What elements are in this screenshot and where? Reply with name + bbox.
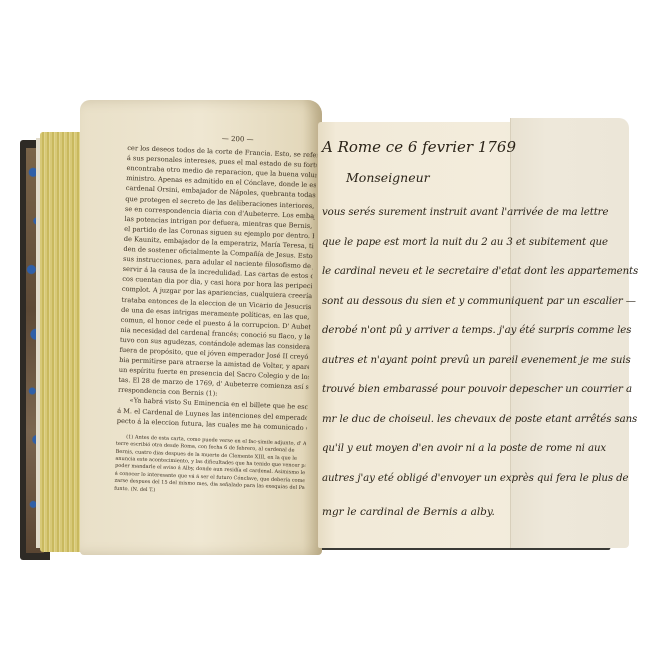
footnote: (1) Antes de esta carta, como puede vers… — [114, 433, 306, 500]
handwritten-letter: A Rome ce 6 fevrier 1769 Monseigneur vou… — [322, 138, 622, 518]
letter-closing: mgr le cardinal de Bernis a alby. — [322, 506, 622, 518]
handwritten-line: que le pape est mort la nuit du 2 au 3 e… — [322, 233, 622, 263]
letter-date-line: A Rome ce 6 fevrier 1769 — [322, 138, 622, 156]
handwritten-line: autres et n'ayant point prevû un pareil … — [322, 351, 622, 381]
printed-text: — 200 — cer los deseos todos de la corte… — [114, 130, 318, 500]
handwritten-line: le cardinal neveu et le secretaire d'eta… — [322, 262, 622, 292]
handwritten-line: derobé n'ont pû y arriver a temps. j'ay … — [322, 321, 622, 351]
letter-body: vous serés surement instruit avant l'arr… — [322, 203, 622, 498]
handwritten-line: mr le duc de choiseul. les chevaux de po… — [322, 410, 622, 440]
handwritten-line: autres j'ay eté obligé d'envoyer un expr… — [322, 469, 622, 499]
handwritten-line: trouvé bien embarassé pour pouvoir depes… — [322, 380, 622, 410]
handwritten-line: qu'il y eut moyen d'en avoir ni a la pos… — [322, 439, 622, 469]
quoted-letter-text: «Ya habrá visto Su Eminencia en el bille… — [117, 395, 308, 433]
printed-page: — 200 — cer los deseos todos de la corte… — [80, 100, 322, 555]
letter-salutation: Monseigneur — [346, 170, 622, 185]
body-text: cer los deseos todos de la corte de Fran… — [118, 143, 318, 402]
handwritten-line: vous serés surement instruit avant l'arr… — [322, 203, 622, 233]
open-book: — 200 — cer los deseos todos de la corte… — [0, 0, 650, 650]
handwritten-line: sont au dessous du sien et y communiquen… — [322, 292, 622, 322]
